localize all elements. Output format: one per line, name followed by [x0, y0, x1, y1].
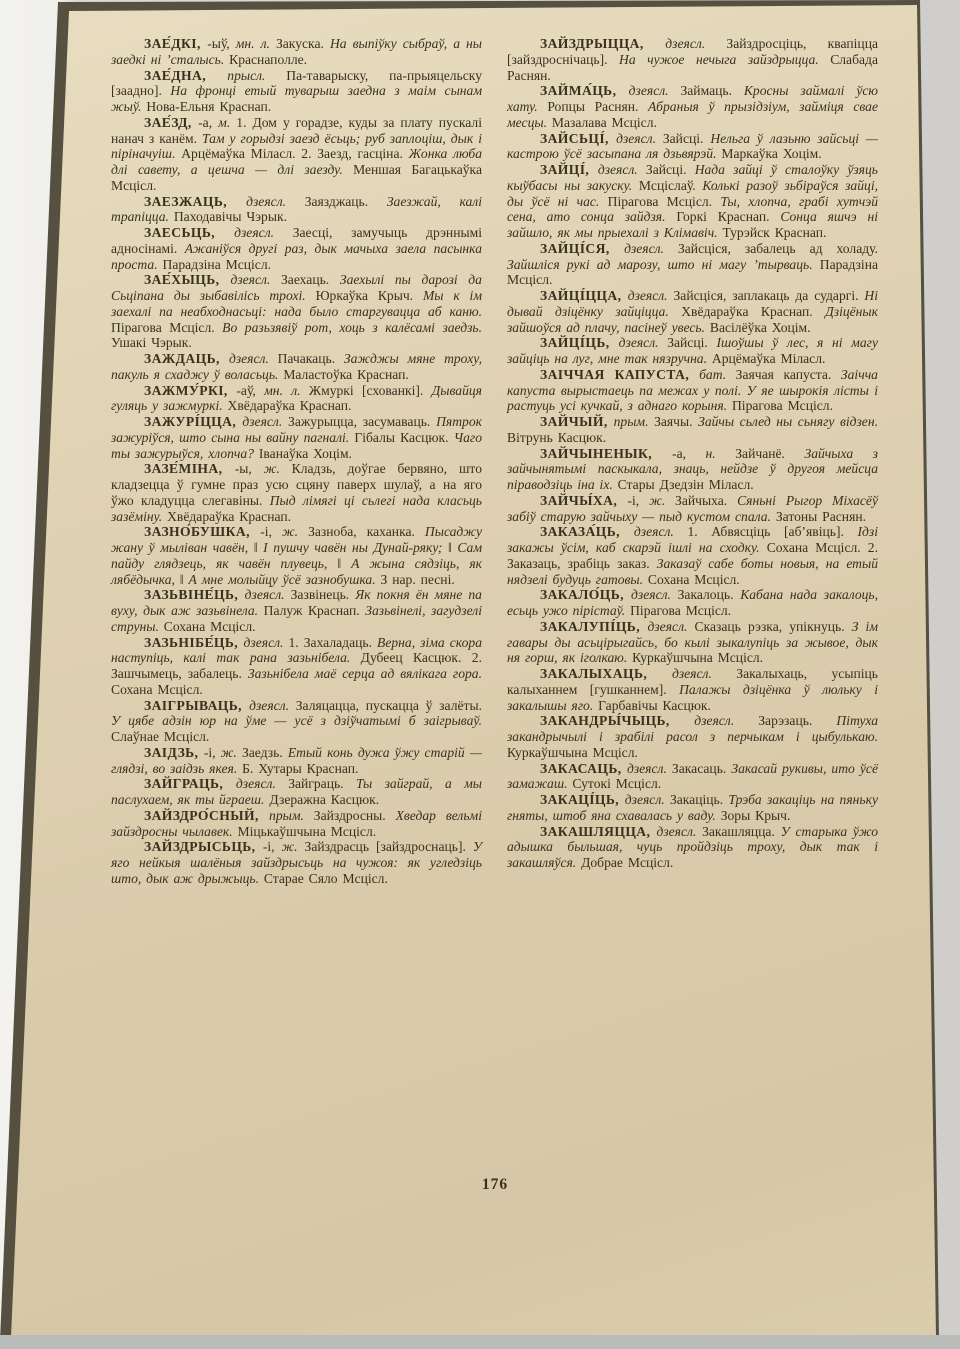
plain-text: -і, — [627, 493, 649, 508]
italic-text: прым. — [614, 414, 654, 429]
plain-text: -ы, — [235, 461, 264, 476]
italic-text: дзеясл. — [245, 587, 291, 602]
plain-text: Куркаўшчына Мсцісл. — [507, 745, 638, 760]
dictionary-entry: ЗАЙЗДРО́СНЫЙ, прым. Зайздросны. Хведар в… — [111, 808, 482, 840]
italic-text: дзеясл. — [229, 351, 278, 366]
dictionary-entry: ЗАЕ́ДНА, прысл. Па-таварыску, па-прыяцел… — [111, 68, 482, 115]
plain-text: -а, — [672, 446, 706, 461]
headword: ЗАЕ́ДКІ, — [144, 36, 207, 51]
dictionary-entry: ЗАЙЗДРЫСЬЦЬ, -і, ж. Зайздрасць [зайздрос… — [111, 839, 482, 886]
plain-text: Зайграць. — [288, 776, 356, 791]
plain-text: 1. Захаладаць. — [288, 635, 377, 650]
headword: ЗАКАЛУПІ́ЦЬ, — [540, 619, 648, 634]
plain-text: -а, — [198, 115, 218, 130]
plain-text: Сказаць рэзка, упікнуць. — [695, 619, 852, 634]
plain-text: Пірагова Мсцісл. — [111, 320, 222, 335]
headword: ЗАКАЦІ́ЦЬ, — [540, 792, 625, 807]
italic-text: дзеясл. — [631, 587, 678, 602]
plain-text: Сохана Мсцісл. — [111, 682, 203, 697]
plain-text: Б. Хутары Краснап. — [242, 761, 358, 776]
headword: ЗАЕ́ДНА, — [144, 68, 227, 83]
plain-text: Зайсці. — [646, 162, 695, 177]
headword: ЗАКАСАЦЬ, — [540, 761, 627, 776]
plain-text: Закаціць. — [670, 792, 728, 807]
italic-text: дзеясл. — [634, 524, 688, 539]
plain-text: Заедзь. — [242, 745, 288, 760]
italic-text: ж. — [282, 839, 305, 854]
plain-text: Пачакаць. — [278, 351, 344, 366]
dictionary-entry: ЗАЙЧЫЙ, прым. Заячы. Зайчы сьлед ны сьня… — [507, 414, 878, 446]
plain-text: Турэйск Краснап. — [722, 225, 826, 240]
italic-text: мн. л. — [264, 383, 309, 398]
plain-text: Сохана Мсцісл. — [164, 619, 256, 634]
dictionary-entry: ЗАЗЕ́МІНА, -ы, ж. Кладзь, доўгае бервяно… — [111, 461, 482, 524]
dictionary-entry: ЗАЙЧЫ́ХА, -і, ж. Зайчыха. Сяньні Рыгор М… — [507, 493, 878, 525]
headword: ЗАЙЦІ́, — [540, 162, 598, 177]
plain-text: Закалоць. — [678, 587, 741, 602]
plain-text: Хвёдараўка Краснап. — [167, 509, 291, 524]
plain-text: Куркаўшчына Мсцісл. — [632, 650, 763, 665]
plain-text: Зайчыха. — [675, 493, 737, 508]
dictionary-column-left: ЗАЕ́ДКІ, -ыў, мн. л. Закуска. На выпіўку… — [111, 36, 482, 887]
plain-text: Юркаўка Крыч. — [316, 288, 423, 303]
plain-text: Пірагова Мсцісл. — [732, 398, 833, 413]
plain-text: Слаўнае Мсцісл. — [111, 729, 209, 744]
plain-text: Закуска. — [276, 36, 330, 51]
headword: ЗАЙЗДРО́СНЫЙ, — [144, 808, 269, 823]
dictionary-entry: ЗАЙЧЫНЕНЫК, -а, н. Зайчанё. Зайчыха з за… — [507, 446, 878, 493]
plain-text: -ыў, — [207, 36, 236, 51]
italic-text: ж. — [282, 524, 308, 539]
plain-text: Затоны Раснян. — [776, 509, 866, 524]
headword: ЗАЙЦІ́ЦЦА, — [540, 288, 628, 303]
plain-text: Зайсціся, забалець ад холаду. — [678, 241, 878, 256]
plain-text: Зоры Крыч. — [721, 808, 791, 823]
dictionary-entry: ЗАКАЛЫХАЦЬ, дзеясл. Закалыхаць, усыпіць … — [507, 666, 878, 713]
headword: ЗАІДЗЬ, — [144, 745, 204, 760]
italic-text: дзеясл. — [616, 131, 663, 146]
plain-text: Палуж Краснап. — [264, 603, 366, 618]
italic-text: прым. — [269, 808, 314, 823]
headword: ЗАКАЗА́ЦЬ, — [540, 524, 634, 539]
plain-text: Пірагова Мсцісл. — [630, 603, 731, 618]
headword: ЗАКАЛЫХАЦЬ, — [540, 666, 672, 681]
headword: ЗАЖМУ́РКІ, — [144, 383, 236, 398]
plain-text: Хвёдараўка Краснап. — [228, 398, 352, 413]
italic-text: прысл. — [227, 68, 286, 83]
plain-text: Стары Дзедзін Міласл. — [618, 477, 754, 492]
plain-text: -і, — [204, 745, 221, 760]
headword: ЗАЖУРІ́ЦЦА, — [144, 414, 242, 429]
italic-text: дзеясл. — [234, 225, 293, 240]
italic-text: Зайчы сьлед ны сьнягу відзен. — [698, 414, 878, 429]
plain-text: Заячы. — [654, 414, 698, 429]
plain-text: Краснаполле. — [229, 52, 307, 67]
dictionary-entry: ЗАКАЦІ́ЦЬ, дзеясл. Закаціць. Трэба закац… — [507, 792, 878, 824]
dictionary-entry: ЗАЗЬВІНЕ́ЦЬ, дзеясл. Зазвінець. Як покня… — [111, 587, 482, 634]
italic-text: ж. — [264, 461, 292, 476]
dictionary-entry: ЗАЕ́ХЫЦЬ, дзеясл. Заехаць. Заехылі пы да… — [111, 272, 482, 351]
italic-text: дзеясл. — [598, 162, 646, 177]
italic-text: Во разьзявіў рот, хоць з калёсамі заедзь… — [222, 320, 482, 335]
headword: ЗАЙЗДРЫСЬЦЬ, — [144, 839, 263, 854]
italic-text: н. — [706, 446, 736, 461]
headword: ЗАЙЗДРЫЦЦА, — [540, 36, 665, 51]
headword: ЗАЖДАЦЬ, — [144, 351, 229, 366]
headword: ЗАКАЛО́ЦЬ, — [540, 587, 631, 602]
italic-text: дзеясл. — [619, 335, 668, 350]
plain-text: Дзеражна Касцюк. — [269, 792, 379, 807]
headword: ЗАЕСЬЦЬ, — [144, 225, 234, 240]
italic-text: дзеясл. — [242, 414, 288, 429]
page-number: 176 — [111, 1176, 879, 1194]
plain-text: 1. Абвясціць [аб’явіць]. — [687, 524, 857, 539]
plain-text: Зайсці. — [663, 131, 710, 146]
dictionary-entry: ЗАЖДАЦЬ, дзеясл. Пачакаць. Зажджы мяне т… — [111, 351, 482, 383]
headword: ЗАЗЬВІНЕ́ЦЬ, — [144, 587, 245, 602]
italic-text: ж. — [221, 745, 242, 760]
plain-text: Ушакі Чэрык. — [111, 335, 192, 350]
headword: ЗАЗЬНІБЕ́ЦЬ, — [144, 635, 244, 650]
headword: ЗАЕ́ХЫЦЬ, — [144, 272, 230, 287]
plain-text: Заязджаць. — [305, 194, 387, 209]
dictionary-entry: ЗАІГРЫВАЦЬ, дзеясл. Заляцацца, пускацца … — [111, 698, 482, 745]
dictionary-entry: ЗАКАСАЦЬ, дзеясл. Закасаць. Закасай руки… — [507, 761, 878, 793]
italic-text: дзеясл. — [624, 241, 678, 256]
plain-text: Зайздросны. — [314, 808, 396, 823]
plain-text: Сохана Мсцісл. — [648, 572, 740, 587]
headword: ЗАЕЗЖАЦЬ, — [144, 194, 246, 209]
italic-text: дзеясл. — [628, 288, 674, 303]
scan-background: ЗАЕ́ДКІ, -ыў, мн. л. Закуска. На выпіўку… — [0, 0, 960, 1349]
italic-text: Зазьнібела маё серца ад вялікага гора. — [248, 666, 482, 681]
dictionary-entry: ЗАЙМА́ЦЬ, дзеясл. Займаць. Кросны займал… — [507, 83, 878, 130]
plain-text: Займаць. — [680, 83, 743, 98]
plain-text: Гарбавічы Касцюк. — [598, 698, 711, 713]
plain-text: Зарэзаць. — [758, 713, 836, 728]
plain-text: Заехаць. — [281, 272, 340, 287]
italic-text: м. — [218, 115, 236, 130]
plain-text: Жмуркі [схованкі]. — [309, 383, 432, 398]
plain-text: Закасаць. — [672, 761, 731, 776]
italic-text: дзеясл. — [244, 635, 289, 650]
plain-text: Зазвінець. — [291, 587, 356, 602]
plain-text: Васілёўка Хоцім. — [710, 320, 811, 335]
italic-text: дзеясл. — [648, 619, 695, 634]
dictionary-entry: ЗАКАНДРЫ́ЧЫЦЬ, дзеясл. Зарэзаць. Пітуха … — [507, 713, 878, 760]
dictionary-entry: ЗАЖУРІ́ЦЦА, дзеясл. Зажурыцца, засумавац… — [111, 414, 482, 461]
plain-text: Іванаўка Хоцім. — [259, 446, 352, 461]
italic-text: ж. — [649, 493, 675, 508]
plain-text: Старае Сяло Мсцісл. — [264, 871, 388, 886]
italic-text: дзеясл. — [629, 83, 681, 98]
dictionary-entry: ЗАІДЗЬ, -і, ж. Заедзь. Етый конь дужа ўж… — [111, 745, 482, 777]
plain-text: Мазалава Мсцісл. — [552, 115, 657, 130]
headword: ЗАЙСЬЦІ́, — [540, 131, 616, 146]
italic-text: бат. — [699, 367, 736, 382]
plain-text: Закашляцца. — [702, 824, 781, 839]
plain-text: Вітрунь Касцюк. — [507, 430, 606, 445]
plain-text: Добрае Мсцісл. — [581, 855, 673, 870]
plain-text: Маркаўка Хоцім. — [721, 146, 821, 161]
headword: ЗАЙЧЫЙ, — [540, 414, 614, 429]
italic-text: дзеясл. — [656, 824, 702, 839]
italic-text: дзеясл. — [236, 776, 288, 791]
plain-text: -і, — [260, 524, 282, 539]
dictionary-entry: ЗАКАЛУПІ́ЦЬ, дзеясл. Сказаць рэзка, упік… — [507, 619, 878, 666]
headword: ЗАІГРЫВАЦЬ, — [144, 698, 249, 713]
dictionary-entry: ЗАЕ́ЗД, -а, м. 1. Дом у горадзе, куды за… — [111, 115, 482, 194]
headword: ЗАЙЦІ́СЯ, — [540, 241, 624, 256]
dictionary-entry: ЗАЖМУ́РКІ, -аў, мн. л. Жмуркі [схованкі]… — [111, 383, 482, 415]
plain-text: Сутокі Мсцісл. — [572, 776, 661, 791]
plain-text: Ропцы Раснян. — [547, 99, 648, 114]
headword: ЗАКАШЛЯЦЦА, — [540, 824, 656, 839]
italic-text: дзеясл. — [672, 666, 736, 681]
headword: ЗАЙГРАЦЬ, — [144, 776, 236, 791]
dictionary-entry: ЗАЙГРАЦЬ, дзеясл. Зайграць. Ты зайграй, … — [111, 776, 482, 808]
plain-text: Хвёдараўка Краснап. — [681, 304, 825, 319]
headword: ЗАКАНДРЫ́ЧЫЦЬ, — [540, 713, 694, 728]
headword: ЗАІЧЧАЯ КАПУСТА, — [540, 367, 699, 382]
dictionary-entry: ЗАІЧЧАЯ КАПУСТА, бат. Заячая капуста. За… — [507, 367, 878, 414]
dictionary-entry: ЗАЙЦІ́ЦЬ, дзеясл. Зайсці. Ішоўшы ў лес, … — [507, 335, 878, 367]
plain-text: Зайчанё. — [735, 446, 804, 461]
plain-text: Горкі Краснап. — [676, 209, 780, 224]
dictionary-entry: ЗАЙЗДРЫЦЦА, дзеясл. Зайздросціць, квапіц… — [507, 36, 878, 83]
plain-text: Пірагова Мсцісл. — [608, 194, 721, 209]
plain-text: -аў, — [236, 383, 264, 398]
dictionary-entry: ЗАКАШЛЯЦЦА, дзеясл. Закашляцца. У старык… — [507, 824, 878, 871]
dictionary-entry: ЗАЙЦІ́ЦЦА, дзеясл. Зайсціся, заплакаць д… — [507, 288, 878, 335]
plain-text: Арцёмаўка Міласл. 2. Заезд, гасціна. — [181, 146, 408, 161]
dictionary-entry: ЗАКАЛО́ЦЬ, дзеясл. Закалоць. Кабана нада… — [507, 587, 878, 619]
dictionary-entry: ЗАКАЗА́ЦЬ, дзеясл. 1. Абвясціць [аб’явіц… — [507, 524, 878, 587]
dictionary-entry: ЗАЙСЬЦІ́, дзеясл. Зайсці. Нельга ў лазьн… — [507, 131, 878, 163]
headword: ЗАЗЕ́МІНА, — [144, 461, 235, 476]
italic-text: Зайшліся рукі ад марозу, што ні магу ’ты… — [507, 257, 820, 272]
plain-text: Арцёмаўка Міласл. — [712, 351, 826, 366]
plain-text: -і, — [263, 839, 282, 854]
italic-text: дзеясл. — [625, 792, 670, 807]
plain-text: Зазноба, каханка. — [308, 524, 425, 539]
plain-text: З нар. песні. — [381, 572, 455, 587]
headword: ЗАЙЦІ́ЦЬ, — [540, 335, 619, 350]
dictionary-column-right: ЗАЙЗДРЫЦЦА, дзеясл. Зайздросціць, квапіц… — [507, 36, 878, 887]
dictionary-text-block: ЗАЕ́ДКІ, -ыў, мн. л. Закуска. На выпіўку… — [111, 36, 879, 887]
plain-text: Маластоўка Краснап. — [283, 367, 409, 382]
plain-text: Зайсціся, заплакаць да сударгі. — [673, 288, 864, 303]
headword: ЗАЙМА́ЦЬ, — [540, 83, 629, 98]
italic-text: мн. л. — [236, 36, 276, 51]
plain-text: Зажурыцца, засумаваць. — [288, 414, 436, 429]
dictionary-entry: ЗАЕЗЖАЦЬ, дзеясл. Заязджаць. Заезжай, ка… — [111, 194, 482, 226]
plain-text: Міцькаўшчына Мсцісл. — [238, 824, 377, 839]
plain-text: Зайздрасць [зайздроснаць]. — [305, 839, 473, 854]
dictionary-entry: ЗАЕ́ДКІ, -ыў, мн. л. Закуска. На выпіўку… — [111, 36, 482, 68]
dictionary-entry: ЗАЙЦІ́СЯ, дзеясл. Зайсціся, забалець ад … — [507, 241, 878, 288]
italic-text: дзеясл. — [627, 761, 672, 776]
italic-text: дзеясл. — [665, 36, 726, 51]
plain-text: Зайсці. — [667, 335, 716, 350]
plain-text: Мсціслаў. — [639, 178, 703, 193]
headword: ЗАЙЧЫ́ХА, — [540, 493, 627, 508]
italic-text: У цябе адзін юр на ўме — усё з дзіўчатым… — [111, 713, 482, 728]
italic-text: дзеясл. — [694, 713, 758, 728]
dictionary-entry: ЗАЕСЬЦЬ, дзеясл. Заесці, замучыць дрэнны… — [111, 225, 482, 272]
italic-text: дзеясл. — [246, 194, 305, 209]
plain-text: Нова-Ельня Краснап. — [146, 99, 271, 114]
headword: ЗАЙЧЫНЕНЫК, — [540, 446, 672, 461]
headword: ЗАЕ́ЗД, — [144, 115, 198, 130]
plain-text: Парадзіна Мсцісл. — [163, 257, 272, 272]
plain-text: Паходавічы Чэрык. — [174, 209, 287, 224]
plain-text: Гібалы Касцюк. — [354, 430, 453, 445]
italic-text: дзеясл. — [230, 272, 281, 287]
plain-text: Заячая капуста. — [736, 367, 841, 382]
headword: ЗАЗНО́БУШКА, — [144, 524, 260, 539]
italic-text: На чужое нечыга зайздрыцца. — [619, 52, 830, 67]
dictionary-entry: ЗАЙЦІ́, дзеясл. Зайсці. Нада зайці ў ста… — [507, 162, 878, 241]
page-paper: ЗАЕ́ДКІ, -ыў, мн. л. Закуска. На выпіўку… — [0, 0, 960, 1349]
dictionary-entry: ЗАЗЬНІБЕ́ЦЬ, дзеясл. 1. Захаладаць. Верн… — [111, 635, 482, 698]
italic-text: дзеясл. — [249, 698, 296, 713]
plain-text: Заляцацца, пускацца ў залёты. — [296, 698, 482, 713]
dictionary-entry: ЗАЗНО́БУШКА, -і, ж. Зазноба, каханка. Пы… — [111, 524, 482, 587]
